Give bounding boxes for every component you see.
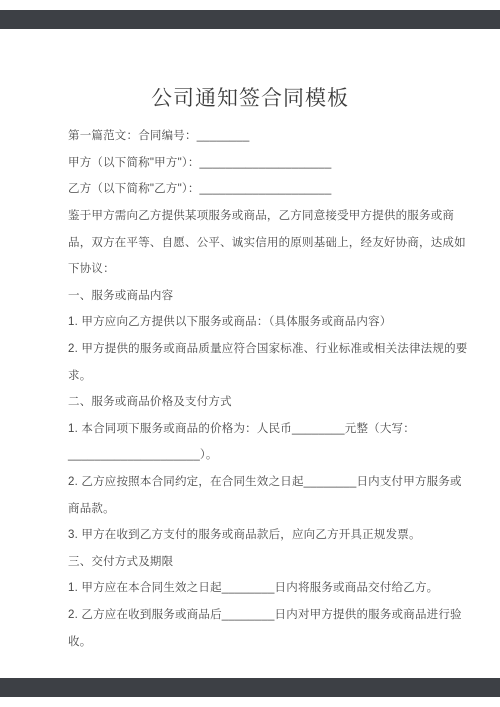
text-line: 二、服务或商品价格及支付方式 xyxy=(68,388,460,415)
text-line: 鉴于甲方需向乙方提供某项服务或商品，乙方同意接受甲方提供的服务或商 xyxy=(68,202,460,229)
text-line: 三、交付方式及期限 xyxy=(68,548,460,575)
text-line: 商品款。 xyxy=(68,494,460,521)
text-line: 第一篇范文：合同编号：________ xyxy=(68,122,460,149)
text-line: 1. 甲方应在本合同生效之日起________日内将服务或商品交付给乙方。 xyxy=(68,574,460,601)
text-line: 甲方（以下简称"甲方"）：____________________ xyxy=(68,149,460,176)
text-line: 一、服务或商品内容 xyxy=(68,282,460,309)
page-title: 公司通知签合同模板 xyxy=(0,82,500,112)
text-line: 3. 甲方在收到乙方支付的服务或商品款后，应向乙方开具正规发票。 xyxy=(68,521,460,548)
text-line: 1. 本合同项下服务或商品的价格为：人民币________元整（大写： xyxy=(68,415,460,442)
text-line: 2. 乙方应按照本合同约定，在合同生效之日起________日内支付甲方服务或 xyxy=(68,468,460,495)
contract-body: 第一篇范文：合同编号：________甲方（以下简称"甲方"）：________… xyxy=(68,122,460,654)
document-page: 公司通知签合同模板 第一篇范文：合同编号：________甲方（以下简称"甲方"… xyxy=(0,0,500,707)
text-line: 求。 xyxy=(68,361,460,388)
text-line: 1. 甲方应向乙方提供以下服务或商品：（具体服务或商品内容） xyxy=(68,308,460,335)
text-line: 2. 甲方提供的服务或商品质量应符合国家标准、行业标准或相关法律法规的要 xyxy=(68,335,460,362)
text-line: 收。 xyxy=(68,627,460,654)
text-line: 2. 乙方应在收到服务或商品后________日内对甲方提供的服务或商品进行验 xyxy=(68,601,460,628)
text-line: 品，双方在平等、自愿、公平、诚实信用的原则基础上，经友好协商，达成如 xyxy=(68,228,460,255)
text-line: 下协议： xyxy=(68,255,460,282)
text-line: ____________________）。 xyxy=(68,441,460,468)
bottom-edge-bar xyxy=(0,678,500,697)
top-edge-bar xyxy=(0,10,500,29)
text-line: 乙方（以下简称"乙方"）：____________________ xyxy=(68,175,460,202)
